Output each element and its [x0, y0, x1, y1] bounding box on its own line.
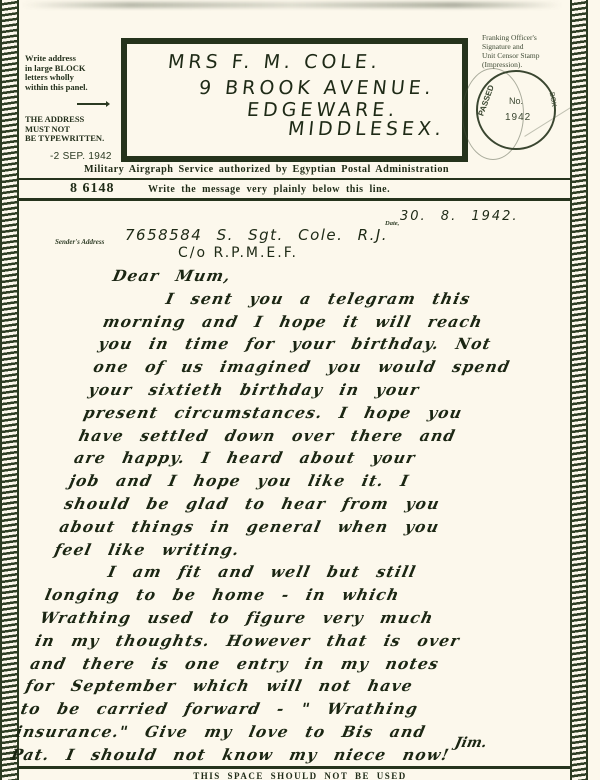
signature: Jim.: [453, 735, 488, 751]
salutation: Dear Mum,: [110, 265, 600, 288]
letter-line: to be carried forward - " Wrathing: [18, 698, 523, 721]
warning-line: BE TYPEWRITTEN.: [25, 134, 105, 144]
arrow-right-icon: [77, 103, 107, 105]
message-top-line: [17, 198, 572, 201]
footer-divider: [17, 766, 570, 769]
letter-line: job and I hope you like it. I: [67, 470, 572, 493]
letter-line: in my thoughts. However that is over: [33, 630, 538, 653]
letter-line: about things in general when you: [57, 516, 562, 539]
no-typewriter-warning: THE ADDRESS MUST NOT BE TYPEWRITTEN.: [25, 115, 105, 144]
letter-line: your sixtieth birthday in your: [86, 379, 591, 402]
serial-number: 8 6148: [70, 181, 115, 197]
sender-address-line-1: 7658584 S. Sgt. Cole. R.J.: [125, 226, 388, 244]
letter-line: you in time for your birthday. Not: [96, 333, 600, 356]
service-header: Military Airgraph Service authorized by …: [84, 164, 564, 175]
address-line-2: 9 BROOK AVENUE.: [198, 77, 436, 99]
left-hatched-border: [0, 0, 19, 780]
letter-line: are happy. I heard about your: [72, 447, 577, 470]
letter-line: for September which will not have: [23, 675, 528, 698]
letter-line: feel like writing.: [52, 539, 557, 562]
postmark-side-text: BOX: [548, 92, 557, 108]
address-line-4: MIDDLESEX.: [287, 118, 446, 140]
instruction-line: within this panel.: [25, 83, 105, 93]
letter-line: morning and I hope it will reach: [101, 311, 600, 334]
postmark-year: 1942: [505, 112, 531, 123]
top-edge-smudge: [22, 2, 562, 8]
letter-body: Dear Mum, I sent you a telegram this mor…: [9, 265, 600, 767]
letter-line: and there is one entry in my notes: [28, 653, 533, 676]
write-instruction: Write the message very plainly below thi…: [148, 184, 390, 195]
airgraph-letter: Write address in large BLOCK letters who…: [0, 0, 600, 780]
letter-line: present circumstances. I hope you: [81, 402, 586, 425]
censor-note: Franking Officer's Signature and Unit Ce…: [482, 33, 568, 69]
postmark-stamp: [476, 70, 556, 150]
sender-address-label: Sender's Address: [55, 238, 104, 246]
postmark-no-label: No.: [509, 96, 523, 106]
letter-line: I am fit and well but still: [47, 561, 552, 584]
address-line-1: MRS F. M. COLE.: [167, 51, 382, 73]
censor-line: Unit Censor Stamp: [482, 51, 568, 60]
censor-line: Franking Officer's: [482, 33, 568, 42]
letter-date: 30. 8. 1942.: [400, 209, 519, 224]
address-instructions: Write address in large BLOCK letters who…: [25, 54, 105, 92]
censor-line: Signature and: [482, 42, 568, 51]
letter-line: one of us imagined you would spend: [91, 356, 596, 379]
letter-line: insurance." Give my love to Bis and: [14, 721, 519, 744]
divider-line: [17, 178, 572, 180]
footer-notice: THIS SPACE SHOULD NOT BE USED: [0, 771, 600, 780]
letter-line: longing to be home - in which: [43, 584, 548, 607]
received-date-stamp: -2 SEP. 1942: [50, 151, 112, 162]
letter-line: I sent you a telegram this: [106, 288, 600, 311]
letter-line: Pat. I should not know my niece now!: [9, 744, 514, 767]
letter-line: should be glad to hear from you: [62, 493, 567, 516]
sender-address-line-2: C/o R.P.M.E.F.: [178, 245, 298, 261]
letter-line: have settled down over there and: [77, 425, 582, 448]
letter-line: Wrathing used to figure very much: [38, 607, 543, 630]
